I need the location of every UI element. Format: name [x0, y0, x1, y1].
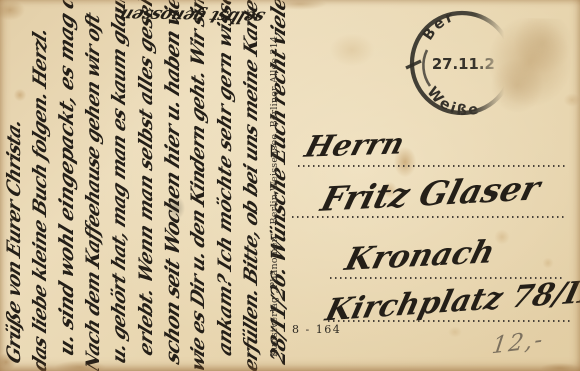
address-town: Kronach	[341, 234, 499, 278]
svg-text:Weiße: Weiße	[424, 84, 483, 119]
address-ruled-line-1	[298, 165, 568, 167]
handwritten-message: 28/11/26. Wünsche Euch recht viele Freud…	[0, 0, 292, 371]
message-line: das liebe kleine Buch folgen. Herzl.	[28, 0, 54, 371]
message-line: schon seit Wochen hier u. haben viel	[160, 0, 186, 368]
address-salutation: Herrn	[301, 126, 408, 164]
message-line: u. sind wohl eingepackt, es mag dann	[54, 0, 80, 360]
message-line: Grüße von Eurer Christa.	[2, 0, 28, 368]
message-line: wie es Dir u. den Kindern geht. Wir sind	[186, 0, 212, 371]
postcard-back: 28/11/26. Wünsche Euch recht viele Freud…	[0, 0, 580, 371]
message-line: Nach dem Kaffeehause gehen wir oft	[81, 0, 107, 371]
message-line: ankam? Ich möchte sehr gern wissen,	[213, 0, 239, 360]
message-top-edge-line: selbst genossen.	[52, 0, 264, 31]
message-line: u. gehört hat, mag man es kaum glauben.	[107, 0, 133, 368]
message-line: erfüllen. Bitte, ob bei uns meine Karte	[239, 0, 265, 371]
postmark-date: 27.11.2	[432, 55, 495, 73]
postmark-stamp: Ber 27.11.2 Weiße	[404, 2, 526, 126]
pencil-price-mark: 12,-	[490, 326, 546, 359]
message-line: erlebt. Wenn man selbst alles gesehen	[134, 0, 160, 360]
address-name: Fritz Glaser	[317, 168, 545, 219]
publisher-imprint: Kunstverlag „Phänomen“, Berlin-Weissense…	[269, 17, 280, 357]
series-number: 8 - 164	[292, 323, 341, 336]
postmark-city-bottom: Weiße	[424, 84, 483, 119]
